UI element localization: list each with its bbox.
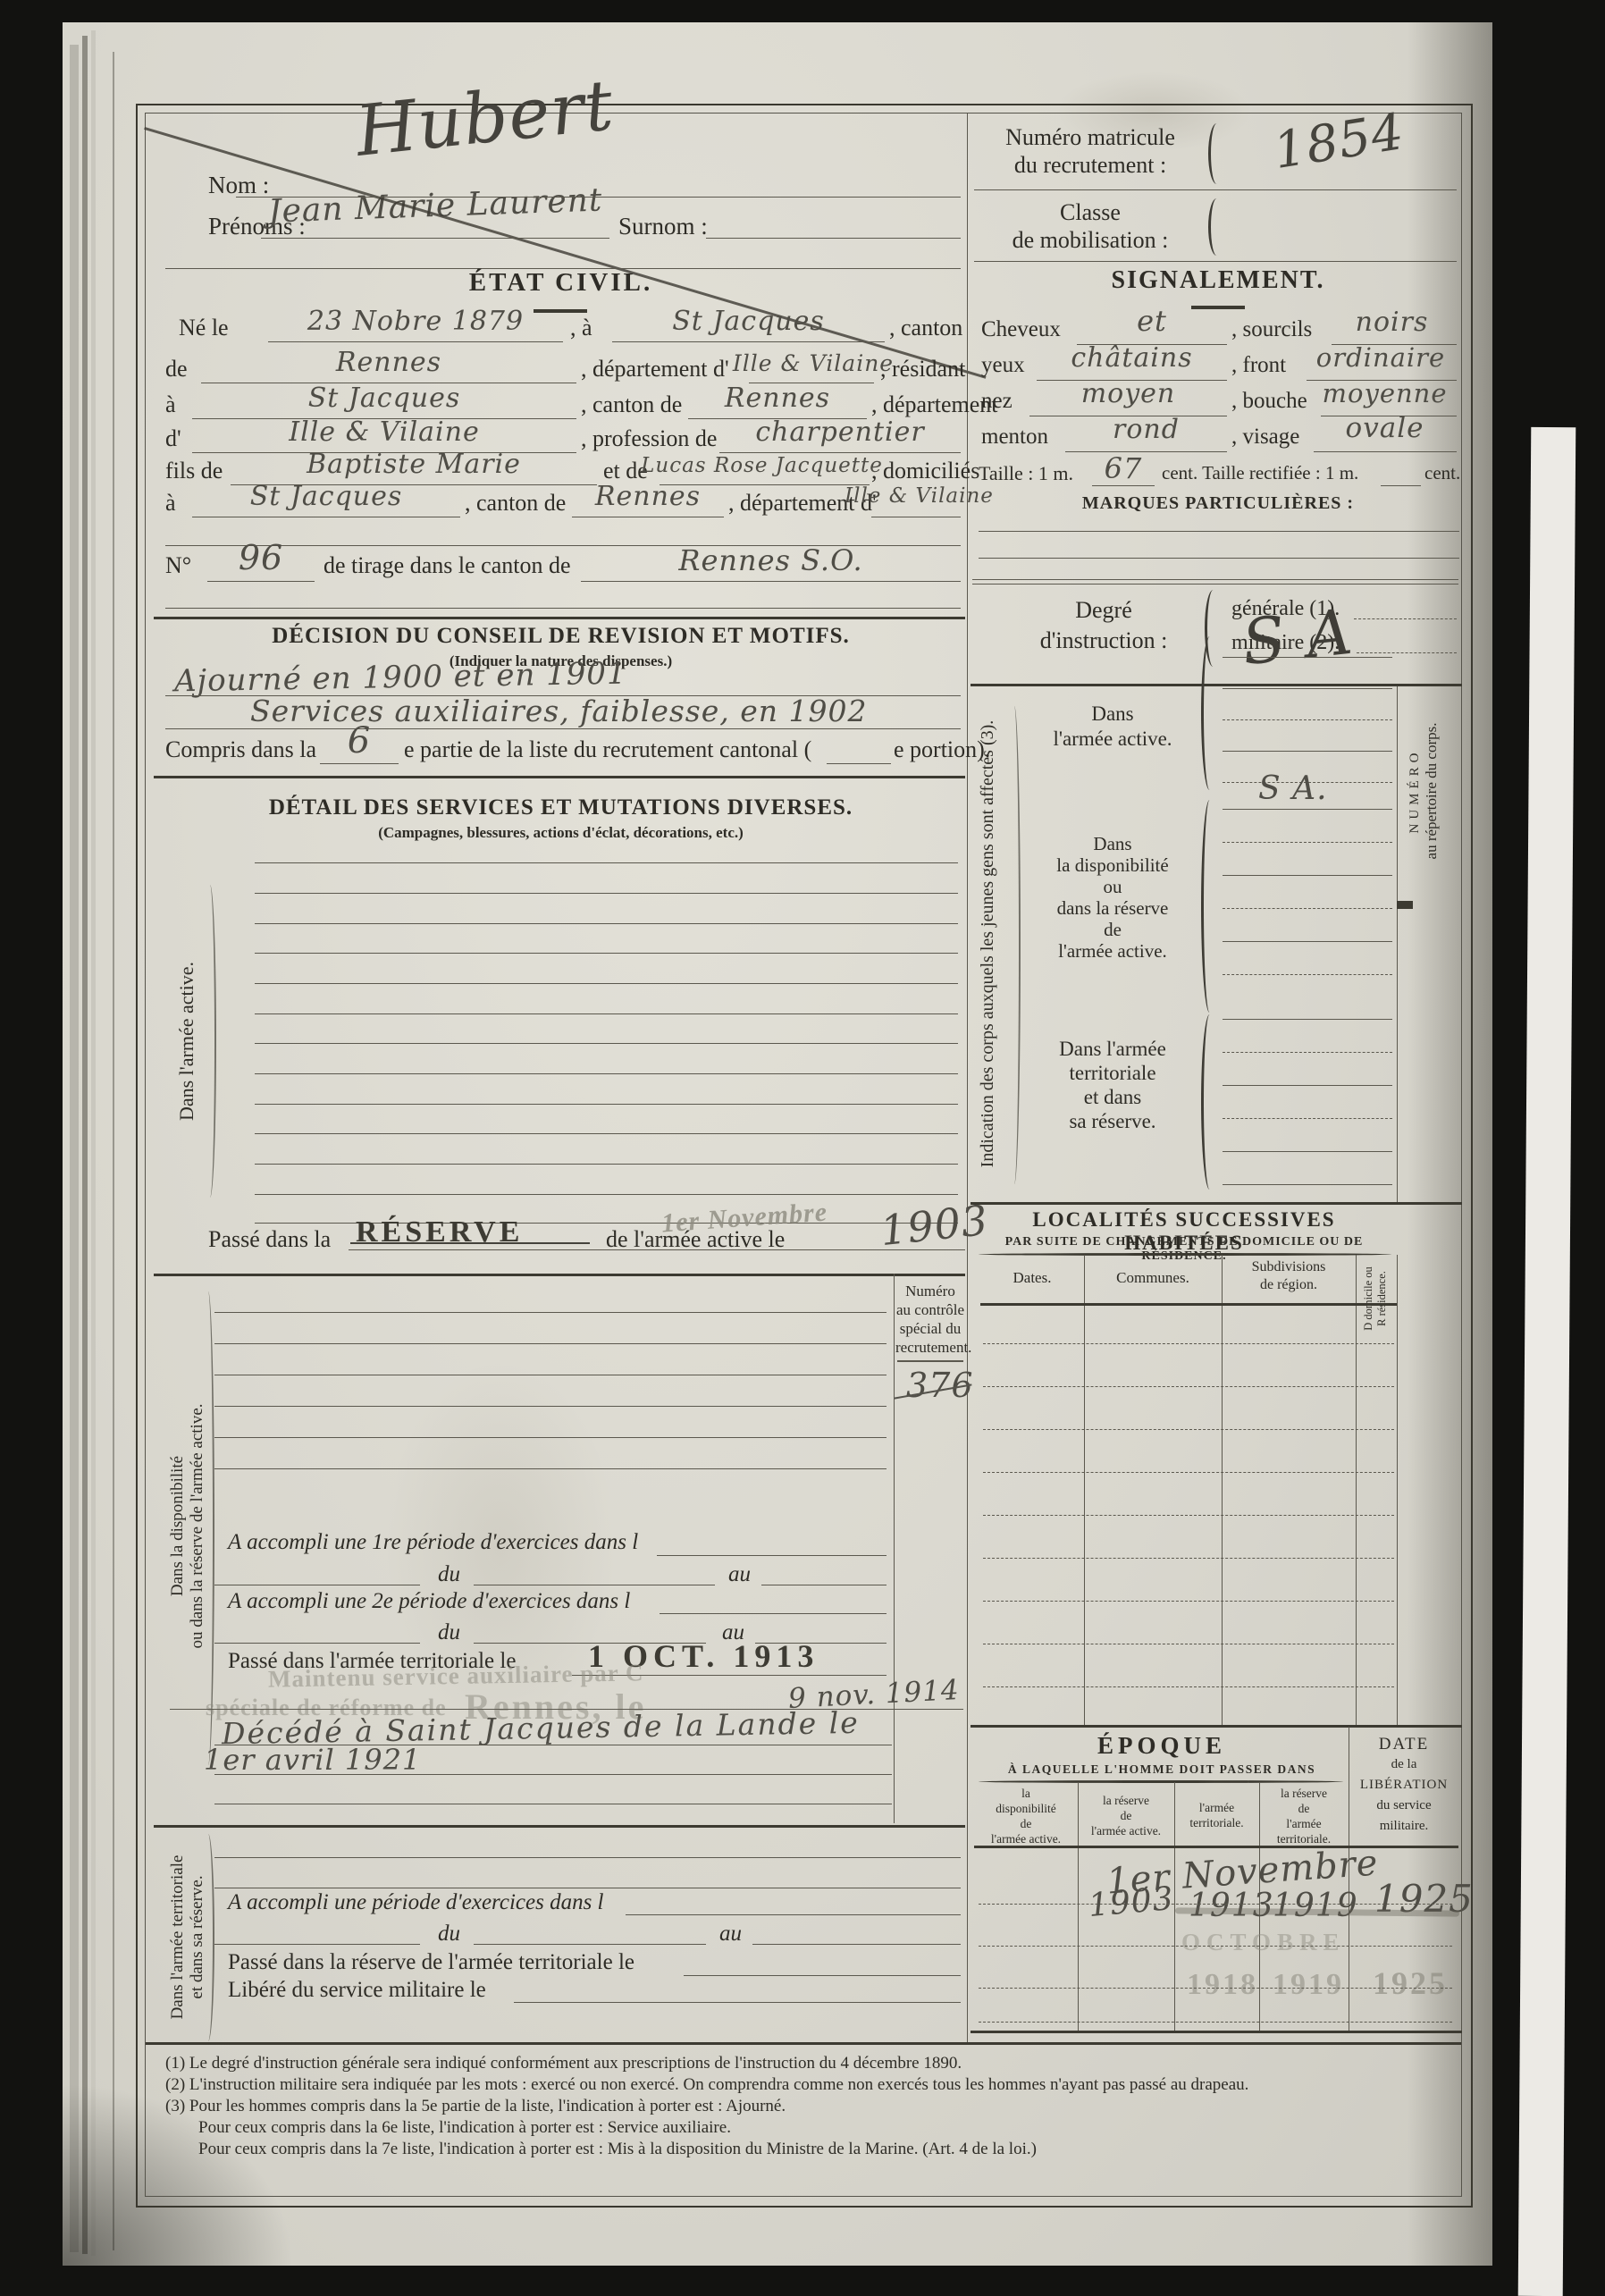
compris-label-2: e partie de la liste du recrutement cant…: [404, 736, 811, 763]
stamp-1918: 1918: [1187, 1968, 1258, 2002]
rule: [1223, 875, 1392, 876]
epoque-col5-header: DATE de la LIBÉRATION du service militai…: [1349, 1734, 1458, 1837]
rule: [214, 1406, 887, 1407]
mother-name-value: Lucas Rose Jacquette: [639, 454, 885, 477]
rule: [268, 341, 563, 342]
header-underline: [980, 1303, 1397, 1306]
brace: [1201, 800, 1218, 1013]
table-divider: [1356, 1255, 1357, 1725]
rule: [214, 1888, 961, 1888]
corps-g3-label: Dans l'arméeterritorialeet danssa réserv…: [1028, 1037, 1197, 1133]
rule: [214, 1468, 887, 1469]
section-divider: [154, 617, 965, 619]
instruction-label: Degréd'instruction :: [1014, 595, 1193, 656]
rule: [1223, 1184, 1392, 1185]
epoque-1919-hand: 1919: [1273, 1888, 1358, 1924]
corps-g1-hand: S A: [1239, 595, 1357, 679]
sidebar-indication-corps: Indication des corps auxquels les jeunes…: [978, 697, 998, 1190]
du-label: du: [438, 1562, 460, 1587]
section-divider: [971, 2031, 1462, 2033]
rule: [897, 1360, 963, 1362]
taille-value: 67: [1092, 451, 1155, 485]
rule: [255, 983, 958, 984]
rule: [214, 1585, 420, 1585]
canton-value: Rennes: [572, 481, 724, 512]
rule: [1223, 908, 1392, 909]
de-label: de: [165, 356, 188, 383]
page-edge: [70, 45, 79, 2252]
rule: [1223, 751, 1392, 752]
rule: [752, 1944, 961, 1945]
stamp-strike: [350, 1242, 590, 1244]
epoque-col1-header: ladisponibilitédel'armée active.: [974, 1786, 1078, 1846]
deces-hand-2: 1er avril 1921: [204, 1743, 421, 1777]
taille-label: Taille : 1 m.: [979, 462, 1073, 485]
epoque-1903-hand: 1903: [1087, 1880, 1175, 1924]
departement-value: Ille & Vilaine: [845, 484, 987, 508]
sidebar-numero-repertoire: NUMÉRO au répertoire du corps.: [1408, 686, 1441, 896]
rule: [255, 862, 958, 863]
rule: [1223, 809, 1392, 810]
yeux-value: châtains: [1037, 342, 1227, 374]
menton-value: rond: [1065, 414, 1227, 445]
rule: [1223, 719, 1392, 720]
corps-g2-label: Dansla disponibilitéou dans la réservede…: [1028, 833, 1197, 962]
section-divider: [971, 1725, 1462, 1728]
rule: [474, 1944, 706, 1945]
rule: [214, 1375, 887, 1375]
brace: [1208, 123, 1225, 184]
rule: [1223, 1052, 1392, 1053]
rule: [719, 452, 961, 453]
rule: [1357, 652, 1457, 653]
taille-rectifiee-label: cent. Taille rectifiée : 1 m.: [1162, 462, 1358, 484]
table-divider: [1397, 1255, 1398, 1725]
ne-le-label: Né le: [179, 315, 229, 341]
table-row-line: [983, 1601, 1394, 1602]
sidebar-arc: [1008, 706, 1021, 1184]
rule: [214, 1857, 961, 1858]
reserve-stamp: RÉSERVE: [356, 1215, 523, 1249]
visage-label: , visage: [1231, 425, 1299, 450]
cheveux-label: Cheveux: [981, 317, 1061, 342]
epoque-col4-header: la réservedel'arméeterritoriale.: [1259, 1786, 1349, 1846]
a-label: à: [165, 391, 176, 418]
yeux-label: yeux: [981, 353, 1025, 378]
rule: [974, 261, 1457, 262]
rule: [214, 1774, 892, 1775]
compris-label-3: e portion).: [894, 736, 990, 763]
canton-de-label: , canton de: [581, 391, 682, 418]
front-value: ordinaire: [1300, 342, 1461, 373]
footnote-3: (3) Pour les hommes compris dans la 5e p…: [165, 2097, 786, 2116]
scanned-register-photo: Nom : Hubert Prénoms : Jean Marie Lauren…: [0, 0, 1605, 2296]
column-tick: [1397, 901, 1413, 909]
canton-de-label: , canton de: [465, 490, 566, 517]
decision-title: DÉCISION DU CONSEIL DE REVISION ET MOTIF…: [156, 624, 965, 649]
rule: [1223, 657, 1392, 658]
corps-g2-hand: S A.: [1258, 770, 1328, 807]
au-label: au: [719, 1922, 742, 1947]
tirage-canton-value: Rennes S.O.: [581, 543, 961, 577]
page-edge: [91, 30, 96, 2256]
controle-label: Numéroau contrôlespécial durecrutement.: [895, 1282, 965, 1357]
rule: [214, 1804, 892, 1804]
rule: [1223, 1085, 1392, 1086]
tirage-number-value: 96: [207, 538, 315, 577]
rule: [871, 517, 961, 517]
controle-box-divider: [894, 1274, 895, 1823]
rule: [192, 517, 460, 517]
compris-value: 6: [320, 720, 399, 761]
rule: [979, 558, 1459, 559]
front-label: , front: [1231, 353, 1286, 378]
table-row-line: [983, 1686, 1394, 1687]
services-title: DÉTAIL DES SERVICES ET MUTATIONS DIVERSE…: [156, 795, 965, 820]
nez-label: nez: [981, 389, 1013, 414]
matricule-label: Numéro matriculedu recrutement :: [983, 123, 1197, 179]
epoque-col2-header: la réservedel'armée active.: [1078, 1793, 1174, 1838]
rule: [255, 1013, 958, 1014]
table-row-line: [983, 1429, 1394, 1430]
epoque-subtitle: À LAQUELLE L'HOMME DOIT PASSER DANS: [974, 1762, 1349, 1777]
rule: [660, 1613, 887, 1614]
footnote-2: (2) L'instruction militaire sera indiqué…: [165, 2075, 1248, 2095]
numero-column-divider: [1397, 686, 1398, 1202]
rule: [684, 1975, 961, 1976]
rule: [1223, 1019, 1392, 1020]
rule: [612, 341, 885, 342]
octobre-stamp: OCTOBRE: [1181, 1929, 1346, 1956]
rule: [1223, 941, 1392, 942]
rule: [214, 1643, 420, 1644]
rule: [474, 1585, 715, 1585]
table-row-line: [979, 1988, 1452, 1989]
departement-value: Ille & Vilaine: [724, 350, 903, 376]
wavy-rule: [979, 1253, 1391, 1256]
table-row-line: [979, 1904, 1452, 1905]
rule: [1223, 688, 1392, 689]
departement-value: Ille & Vilaine: [192, 416, 576, 448]
classe-label: Classede mobilisation :: [983, 198, 1197, 254]
rule: [1223, 1118, 1392, 1119]
table-divider: [1222, 1255, 1223, 1725]
rule: [657, 1555, 887, 1556]
page-edge: [82, 36, 88, 2254]
a-label: à: [165, 490, 176, 517]
section-divider: [154, 1274, 965, 1276]
rule: [255, 923, 958, 924]
stamp-1919: 1919: [1273, 1968, 1344, 2002]
nom-label: Nom :: [208, 172, 269, 199]
profession-label: , profession de: [581, 425, 717, 452]
bouche-label: , bouche: [1231, 389, 1307, 414]
domicilies-label: , domiciliés: [871, 458, 979, 484]
rule: [214, 1343, 887, 1344]
visage-value: ovale: [1307, 412, 1463, 444]
rule: [255, 1164, 958, 1165]
rule: [349, 1249, 965, 1250]
table-divider: [1084, 1255, 1085, 1725]
passe-reserve-label-1: Passé dans la: [208, 1226, 331, 1253]
numero-label: N°: [165, 552, 191, 579]
brace: [1201, 1014, 1218, 1190]
rule: [827, 763, 891, 764]
rule: [979, 531, 1459, 532]
rule: [1223, 974, 1392, 975]
nez-value: moyen: [1029, 378, 1227, 409]
rule: [214, 1944, 420, 1945]
brace: [1208, 198, 1225, 256]
marques-label: MARQUES PARTICULIÈRES :: [974, 493, 1462, 514]
footnote-5: Pour ceux compris dans la 7e liste, l'in…: [198, 2140, 1037, 2159]
reserve-territoriale-label: Passé dans la réserve de l'armée territo…: [228, 1950, 634, 1975]
page-edge: [113, 52, 114, 2250]
epoque-1913-hand: 1913: [1189, 1888, 1274, 1924]
rule: [514, 2002, 961, 2003]
table-row-line: [983, 1386, 1394, 1387]
compris-label: Compris dans la: [165, 736, 316, 763]
header-underline: [974, 1846, 1458, 1848]
d-label: d': [165, 425, 181, 452]
periode1-label: A accompli une 1re période d'exercices d…: [228, 1530, 638, 1555]
footnote-4: Pour ceux compris dans la 6e liste, l'in…: [198, 2118, 731, 2138]
etat-civil-title: ÉTAT CIVIL.: [156, 268, 965, 298]
profession-value: charpentier: [719, 416, 961, 448]
epoque-col3-header: l'arméeterritoriale.: [1174, 1800, 1259, 1830]
localites-col-communes: Communes.: [1084, 1269, 1222, 1287]
rule: [214, 1437, 887, 1438]
rule: [255, 1104, 958, 1105]
sidebar-armee-active: Dans l'armée active.: [175, 880, 198, 1202]
rule: [165, 728, 961, 729]
rule: [236, 197, 961, 198]
cent-label: cent.: [1424, 462, 1460, 484]
sourcils-label: , sourcils: [1231, 317, 1312, 342]
section-divider: [971, 1202, 1462, 1205]
cheveux-value: et: [1077, 304, 1227, 338]
rule: [255, 1194, 958, 1195]
rule: [1314, 451, 1457, 452]
localites-col-dates: Dates.: [980, 1269, 1084, 1287]
table-row-line: [983, 1644, 1394, 1644]
section-divider: [154, 1825, 965, 1828]
table-row-line: [979, 1946, 1452, 1947]
menton-label: menton: [981, 425, 1048, 450]
rule: [1354, 618, 1457, 619]
bouche-value: moyenne: [1307, 378, 1463, 408]
libere-label: Libéré du service militaire le: [228, 1978, 486, 2003]
table-row-line: [979, 2022, 1452, 2023]
du-label: du: [438, 1922, 460, 1947]
rule: [207, 581, 315, 582]
rule: [214, 1312, 887, 1313]
stamp-1925: 1925: [1373, 1964, 1448, 2002]
rule: [165, 608, 961, 609]
rule: [1381, 485, 1421, 486]
footnotes-divider: [146, 2042, 1461, 2045]
table-row-line: [983, 1515, 1394, 1516]
rule: [972, 584, 1458, 585]
rule: [255, 1133, 958, 1134]
rule: [320, 763, 399, 764]
domicile-value: St Jacques: [192, 481, 460, 512]
localites-col-subdivisions: Subdivisionsde région.: [1222, 1258, 1356, 1294]
father-name-value: Baptiste Marie: [231, 449, 597, 480]
au-label: au: [728, 1562, 751, 1587]
corps-g1-label: Dansl'armée active.: [1028, 702, 1197, 752]
departement-label: , département d': [581, 356, 729, 383]
periode3-label: A accompli une période d'exercices dans …: [228, 1890, 604, 1915]
signalement-title: SIGNALEMENT.: [974, 266, 1462, 295]
rule: [626, 1914, 961, 1915]
footnote-1: (1) Le degré d'instruction générale sera…: [165, 2054, 962, 2073]
birth-date-value: 23 Nobre 1879: [268, 306, 563, 337]
rule: [255, 893, 958, 894]
table-divider: [1078, 1782, 1079, 2031]
tirage-label: de tirage dans le canton de: [324, 552, 571, 579]
section-divider: [154, 776, 965, 778]
table-row-line: [983, 1472, 1394, 1473]
next-page-edge: [1518, 427, 1576, 2296]
rule: [761, 1585, 887, 1585]
rule: [1223, 842, 1392, 843]
residence-value: St Jacques: [192, 383, 576, 414]
brace: [1201, 636, 1218, 790]
canton-value: Rennes: [201, 347, 576, 378]
surnom-label: Surnom :: [618, 213, 708, 240]
rule: [572, 517, 724, 517]
canton-label: , canton: [889, 315, 962, 341]
epoque-title: ÉPOQUE: [974, 1732, 1349, 1760]
canton-value: Rennes: [688, 383, 867, 414]
rule: [581, 581, 961, 582]
rule: [1092, 485, 1155, 486]
rule: [255, 1043, 958, 1044]
table-row-line: [983, 1558, 1394, 1559]
rule: [261, 238, 609, 239]
du-label: du: [438, 1620, 460, 1645]
periode2-label: A accompli une 2e période d'exercices da…: [228, 1589, 630, 1614]
sidebar-arc: [202, 1834, 214, 2041]
table-row-line: [983, 1343, 1394, 1344]
rule: [255, 1073, 958, 1074]
residant-label: , résidant: [880, 356, 965, 383]
rule: [972, 579, 1458, 580]
rule: [255, 953, 958, 954]
departement-label: , département: [871, 391, 998, 418]
wavy-rule: [979, 1780, 1343, 1783]
localites-col-dr: D domicile ouR résidence.: [1362, 1255, 1389, 1342]
rule: [1223, 1151, 1392, 1152]
rule: [974, 189, 1457, 190]
services-subtitle: (Campagnes, blessures, actions d'éclat, …: [156, 824, 965, 842]
a-label: , à: [570, 315, 592, 341]
rule: [706, 238, 961, 239]
sourcils-value: noirs: [1323, 307, 1461, 338]
sidebar-arc: [204, 885, 216, 1198]
birth-place-value: St Jacques: [612, 306, 885, 337]
